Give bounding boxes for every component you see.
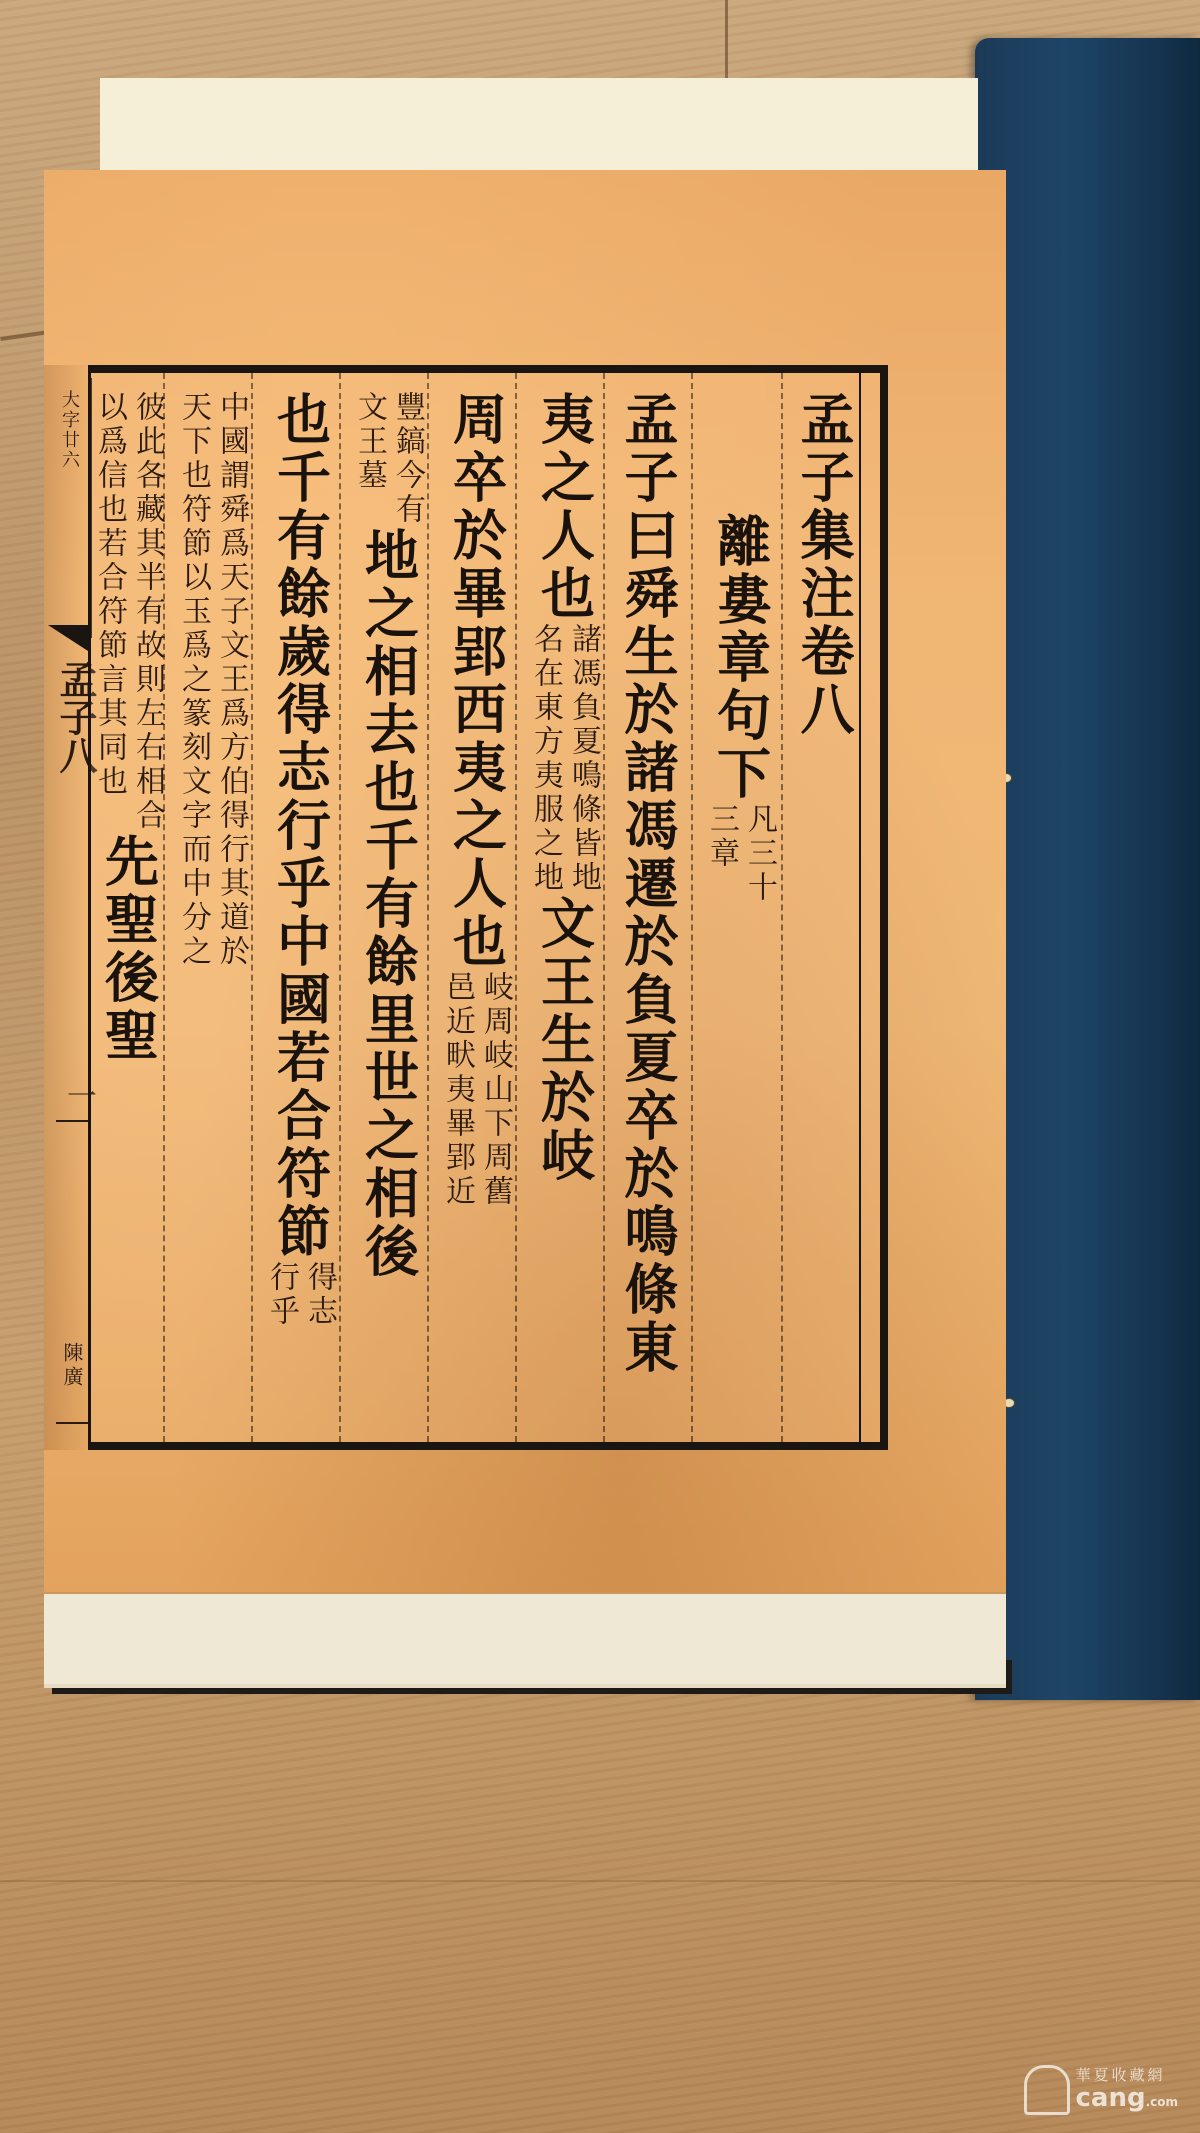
- annotation: 岐周岐山下周舊 邑近畎夷畢郢近: [439, 971, 513, 1209]
- column-rule: [251, 373, 253, 1442]
- column-rule: [691, 373, 693, 1442]
- print-frame: 孟子集注卷八 離婁章句下 凡三十 三章 孟子曰舜生於諸馮遷於負夏卒於鳴條東 夷之…: [88, 365, 888, 1450]
- chapter-title: 離婁章句下: [708, 513, 773, 803]
- annotation: 諸馮負夏鳴條皆地 名在東方夷服之地: [527, 623, 601, 895]
- column-rule: [515, 373, 517, 1442]
- table-seam: [0, 1880, 1200, 1882]
- annotation: 豐鎬今有 文王墓: [351, 391, 425, 527]
- text-column-5: 也千有餘歲得志行乎中國若合符節 得志 行乎: [263, 391, 337, 1329]
- column-title: 孟子集注卷八: [791, 391, 856, 739]
- table-seam: [725, 0, 728, 80]
- annotation: 中國謂舜爲天子文王爲方伯得行其道於 天下也符節以玉爲之篆刻文字而中分之: [175, 391, 249, 969]
- column-rule: [781, 373, 783, 1442]
- watermark: 華夏收藏網 cang.com: [1024, 2064, 1179, 2115]
- text-column-1: 孟子曰舜生於諸馮遷於負夏卒於鳴條東: [615, 391, 680, 1377]
- column-chapter: 離婁章句下 凡三十 三章: [703, 513, 777, 905]
- watermark-chinese: 華夏收藏網: [1076, 2064, 1179, 2085]
- text-column-3: 周卒於畢郢西夷之人也 岐周岐山下周舊 邑近畎夷畢郢近: [439, 391, 513, 1209]
- fold-carver-name: 陳廣: [58, 1342, 87, 1390]
- book-cover: [975, 38, 1200, 1700]
- text-column-6: 中國謂舜爲天子文王爲方伯得行其道於 天下也符節以玉爲之篆刻文字而中分之: [175, 391, 249, 969]
- column-rule: [859, 373, 861, 1442]
- text-column-2: 夷之人也 諸馮負夏鳴條皆地 名在東方夷服之地 文王生於岐: [527, 391, 601, 1185]
- column-rule: [603, 373, 605, 1442]
- column-rule: [427, 373, 429, 1442]
- text-column-4: 豐鎬今有 文王墓 地之相去也千有餘里世之相後: [351, 391, 425, 1281]
- book-title: 孟子集注卷八: [791, 391, 856, 739]
- liner-paper-top: [100, 78, 978, 176]
- cang-logo-icon: [1024, 2065, 1070, 2115]
- watermark-latin: cang.com: [1076, 2085, 1179, 2115]
- liner-paper-bottom: [44, 1592, 1006, 1684]
- column-rule: [339, 373, 341, 1442]
- annotation: 得志 行乎: [263, 1261, 337, 1329]
- chapter-note: 凡三十 三章: [703, 803, 777, 905]
- fold-top-note: 大字廿六: [56, 390, 82, 470]
- annotation: 彼此各藏其半有故則左右相合 以爲信也若合符節言其同也: [91, 391, 165, 833]
- text-column-7: 彼此各藏其半有故則左右相合 以爲信也若合符節言其同也 先聖後聖: [91, 391, 165, 1065]
